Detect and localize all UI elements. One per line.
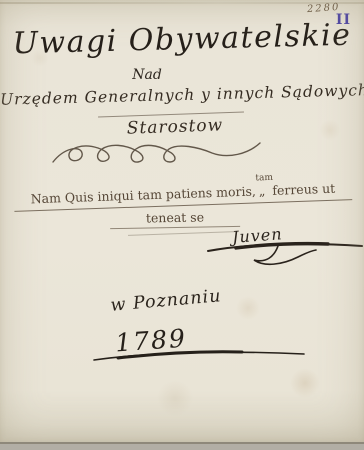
- latin-quote-line2: teneat se: [110, 209, 240, 229]
- quote-text-before: Nam Quis iniqui tam patiens moris,: [30, 183, 256, 206]
- year-underline-icon: [92, 347, 308, 365]
- quote-text-after: ferreus ut: [272, 181, 335, 198]
- insert-mark: „: [259, 183, 266, 198]
- place-line: w Poznaniu: [77, 283, 254, 318]
- subtitle-starostow: Starostow: [90, 114, 261, 140]
- faint-pen-stroke: [128, 231, 236, 236]
- subtitle-offices: Urzędem Generalnych y innych Sądowych: [0, 81, 364, 109]
- manuscript-title: Uwagi Obywatelskie: [10, 18, 355, 62]
- calligraphic-flourish-icon: [50, 139, 264, 171]
- latin-quote-line1: Nam Quis iniqui tam patiens moris,„tam f…: [14, 180, 352, 212]
- insertion-caret: „tam: [259, 183, 266, 198]
- manuscript-page: 2280 II Uwagi Obywatelskie Nad Urzędem G…: [0, 0, 364, 443]
- manuscript-scan: 2280 II Uwagi Obywatelskie Nad Urzędem G…: [0, 0, 364, 450]
- subtitle-nad: Nad: [62, 67, 232, 83]
- signature-flourish-icon: [206, 238, 364, 274]
- scan-backing: [0, 442, 364, 450]
- inserted-word: tam: [255, 173, 273, 184]
